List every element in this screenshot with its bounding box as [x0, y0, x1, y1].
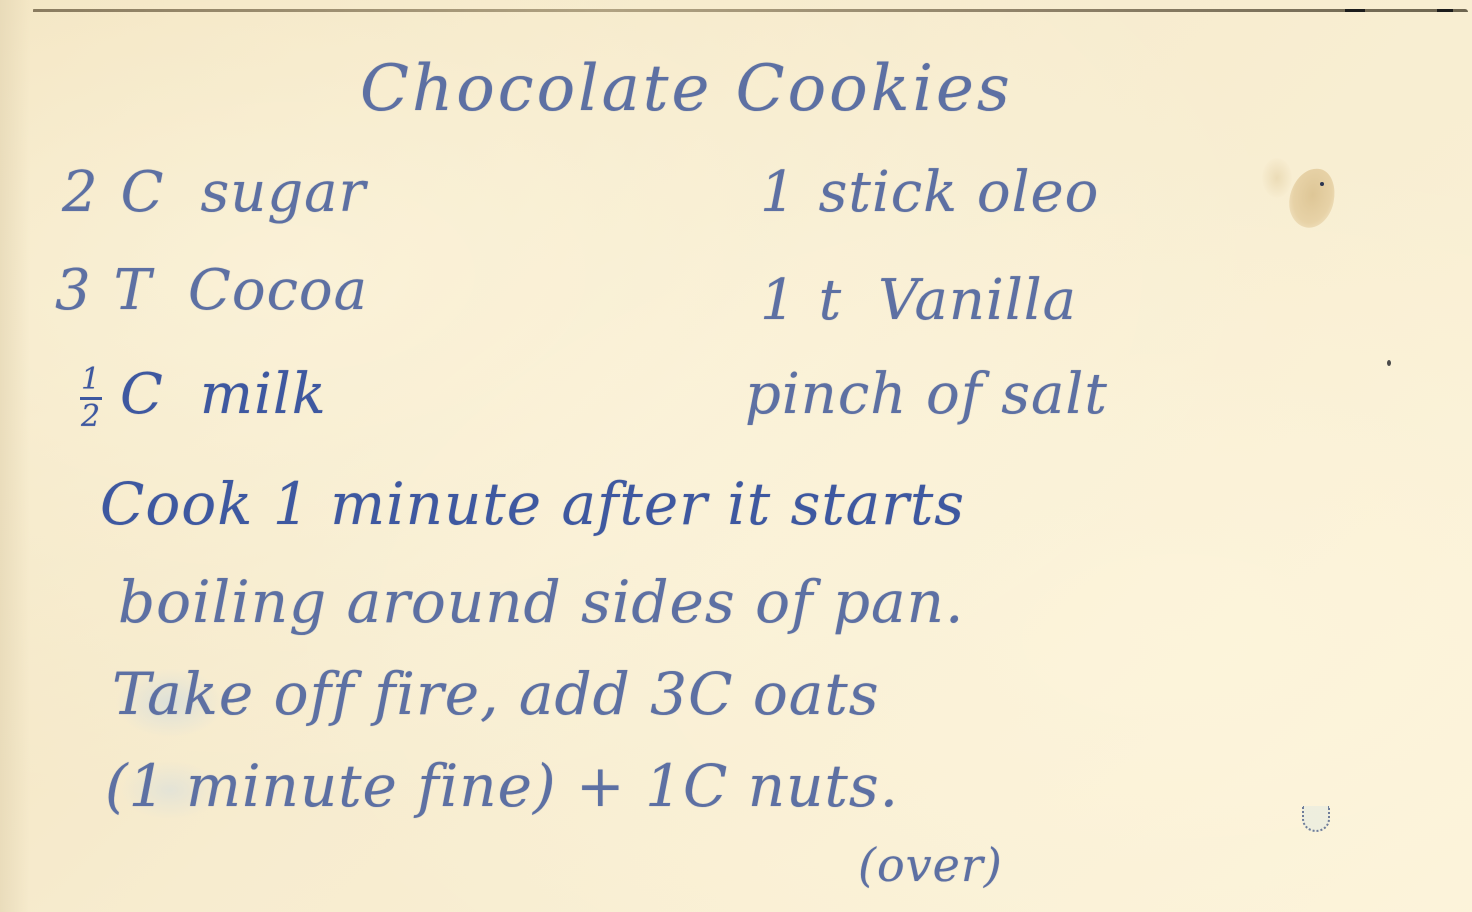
ingredient-qty: 1: [760, 160, 797, 225]
recipe-card: Chocolate Cookies 2Csugar 3TCocoa 1 2 Cm…: [0, 0, 1472, 912]
edge-mark: [1345, 9, 1365, 12]
continued-note: (over): [858, 838, 1003, 892]
direction-line: Take off fire, add 3C oats: [112, 660, 879, 728]
ink-blot: [1302, 806, 1330, 832]
ingredient-fraction: 1 2: [80, 365, 102, 432]
fraction-denominator: 2: [81, 402, 101, 432]
ingredient-item: milk: [200, 362, 327, 427]
ingredient-item: sugar: [201, 160, 367, 225]
recipe-title: Chocolate Cookies: [360, 52, 1013, 126]
card-shadow: [0, 0, 30, 912]
speck: [1387, 360, 1391, 366]
ingredient-unit: T: [114, 258, 152, 323]
grease-stain: [1284, 164, 1340, 232]
direction-line: boiling around sides of pan.: [118, 568, 964, 636]
speck: [1320, 182, 1324, 186]
ingredient-qty: 1: [760, 268, 797, 333]
ingredient-item: pinch of salt: [745, 362, 1108, 427]
card-top-edge: [33, 9, 1468, 12]
direction-line: (1 minute fine) + 1C nuts.: [105, 752, 899, 820]
ingredient-unit: C: [120, 362, 164, 427]
stain: [1262, 158, 1292, 198]
ingredient-unit: t: [819, 268, 843, 333]
ingredient-item: Vanilla: [878, 268, 1077, 333]
ingredient-salt: pinch of salt: [745, 362, 1108, 427]
ingredient-item: Cocoa: [188, 258, 368, 323]
ingredient-cocoa: 3TCocoa: [55, 258, 368, 323]
edge-mark: [1437, 9, 1453, 12]
ingredient-sugar: 2Csugar: [62, 160, 366, 225]
direction-line: Cook 1 minute after it starts: [100, 470, 965, 538]
ingredient-qty: 3: [55, 258, 92, 323]
ingredient-unit: C: [121, 160, 165, 225]
ingredient-milk: 1 2 Cmilk: [80, 362, 327, 432]
ingredient-qty: 2: [62, 160, 99, 225]
ingredient-vanilla: 1tVanilla: [760, 268, 1077, 333]
ingredient-item: stick oleo: [819, 160, 1100, 225]
ingredient-oleo: 1stick oleo: [760, 160, 1099, 225]
fraction-numerator: 1: [81, 365, 101, 395]
